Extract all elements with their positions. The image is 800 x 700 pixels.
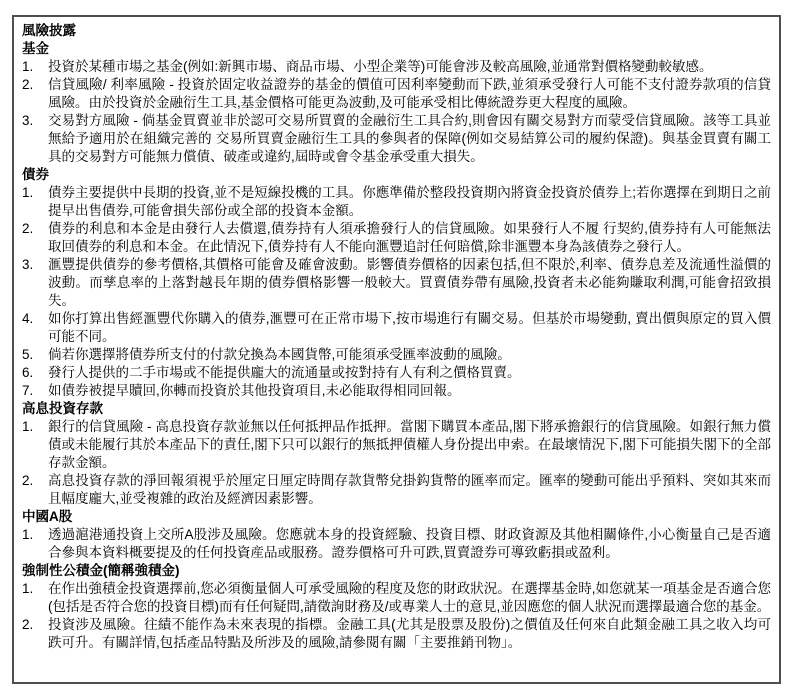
list-item-text: 債券主要提供中長期的投資,並不是短線投機的工具。你應準備於整段投資期內將資金投資…: [48, 184, 771, 220]
list-item: 3.交易對方風險 - 倘基金買賣並非於認可交易所買賣的金融衍生工具合約,則會因有…: [22, 112, 771, 166]
list-item-text: 銀行的信貸風險 - 高息投資存款並無以任何抵押品作抵押。當閣下購買本產品,閣下將…: [48, 418, 771, 472]
list-item-text: 透過滬港通投資上交所A股涉及風險。您應就本身的投資經驗、投資目標、財政資源及其他…: [48, 526, 771, 562]
list-item-number: 2.: [22, 220, 48, 238]
list-item: 2.高息投資存款的淨回報須視乎於厘定日厘定時間存款貨幣兌掛鈎貨幣的匯率而定。匯率…: [22, 472, 771, 508]
list-item-number: 1.: [22, 418, 48, 436]
list-item-number: 1.: [22, 526, 48, 544]
list-item: 4.如你打算出售經滙豐代你購入的債券,滙豐可在正常市場下,按市場進行有關交易。但…: [22, 310, 771, 346]
section-heading: 強制性公積金(簡稱強積金): [22, 562, 771, 580]
list-item-text: 如債券被提早贖回,你轉而投資於其他投資項目,未必能取得相同回報。: [48, 382, 771, 400]
list-item-text: 如你打算出售經滙豐代你購入的債券,滙豐可在正常市場下,按市場進行有關交易。但基於…: [48, 310, 771, 346]
section-heading: 基金: [22, 40, 771, 58]
list-item: 1.在作出強積金投資選擇前,您必須衡量個人可承受風險的程度及您的財政狀況。在選擇…: [22, 580, 771, 616]
list-item-text: 高息投資存款的淨回報須視乎於厘定日厘定時間存款貨幣兌掛鈎貨幣的匯率而定。匯率的變…: [48, 472, 771, 508]
risk-disclosure-document: 風險披露 基金1.投資於某種市場之基金(例如:新興市場、商品市場、小型企業等)可…: [12, 15, 781, 684]
list-item-number: 7.: [22, 382, 48, 400]
section-heading: 高息投資存款: [22, 400, 771, 418]
document-title: 風險披露: [22, 22, 771, 40]
list-item-text: 投資涉及風險。往績不能作為未來表現的指標。金融工具(尤其是股票及股份)之價值及任…: [48, 616, 771, 652]
list-item-number: 2.: [22, 616, 48, 634]
list-item-text: 倘若你選擇將債券所支付的付款兌換為本國貨幣,可能須承受匯率波動的風險。: [48, 346, 771, 364]
list-item-text: 信貸風險/ 利率風險 - 投資於固定收益證券的基金的價值可因利率變動而下跌,並須…: [48, 76, 771, 112]
list-item-number: 6.: [22, 364, 48, 382]
list-item-text: 發行人提供的二手市場或不能提供龐大的流通量或按對持有人有利之價格買賣。: [48, 364, 771, 382]
list-item: 7.如債券被提早贖回,你轉而投資於其他投資項目,未必能取得相同回報。: [22, 382, 771, 400]
list-item: 1.銀行的信貸風險 - 高息投資存款並無以任何抵押品作抵押。當閣下購買本產品,閣…: [22, 418, 771, 472]
section-heading: 債券: [22, 166, 771, 184]
list-item: 6.發行人提供的二手市場或不能提供龐大的流通量或按對持有人有利之價格買賣。: [22, 364, 771, 382]
sections-container: 基金1.投資於某種市場之基金(例如:新興市場、商品市場、小型企業等)可能會涉及較…: [22, 40, 771, 652]
list-item: 2.信貸風險/ 利率風險 - 投資於固定收益證券的基金的價值可因利率變動而下跌,…: [22, 76, 771, 112]
list-item-number: 1.: [22, 184, 48, 202]
list-item-text: 交易對方風險 - 倘基金買賣並非於認可交易所買賣的金融衍生工具合約,則會因有關交…: [48, 112, 771, 166]
list-item: 1.債券主要提供中長期的投資,並不是短線投機的工具。你應準備於整段投資期內將資金…: [22, 184, 771, 220]
list-item-text: 滙豐提供債券的參考價格,其價格可能會及確會波動。影響債券價格的因素包括,但不限於…: [48, 256, 771, 310]
list-item-number: 4.: [22, 310, 48, 328]
list-item: 5.倘若你選擇將債券所支付的付款兌換為本國貨幣,可能須承受匯率波動的風險。: [22, 346, 771, 364]
list-item: 1.透過滬港通投資上交所A股涉及風險。您應就本身的投資經驗、投資目標、財政資源及…: [22, 526, 771, 562]
list-item-number: 2.: [22, 472, 48, 490]
list-item-number: 1.: [22, 580, 48, 598]
list-item-number: 3.: [22, 112, 48, 130]
list-item-number: 1.: [22, 58, 48, 76]
list-item-number: 2.: [22, 76, 48, 94]
list-item-text: 在作出強積金投資選擇前,您必須衡量個人可承受風險的程度及您的財政狀況。在選擇基金…: [48, 580, 771, 616]
list-item-text: 債券的利息和本金是由發行人去償還,債券持有人須承擔發行人的信貸風險。如果發行人不…: [48, 220, 771, 256]
list-item: 3.滙豐提供債券的參考價格,其價格可能會及確會波動。影響債券價格的因素包括,但不…: [22, 256, 771, 310]
section-heading: 中國A股: [22, 508, 771, 526]
list-item-number: 3.: [22, 256, 48, 274]
list-item: 2.投資涉及風險。往績不能作為未來表現的指標。金融工具(尤其是股票及股份)之價值…: [22, 616, 771, 652]
list-item: 1.投資於某種市場之基金(例如:新興市場、商品市場、小型企業等)可能會涉及較高風…: [22, 58, 771, 76]
list-item-number: 5.: [22, 346, 48, 364]
list-item: 2.債券的利息和本金是由發行人去償還,債券持有人須承擔發行人的信貸風險。如果發行…: [22, 220, 771, 256]
list-item-text: 投資於某種市場之基金(例如:新興市場、商品市場、小型企業等)可能會涉及較高風險,…: [48, 58, 771, 76]
